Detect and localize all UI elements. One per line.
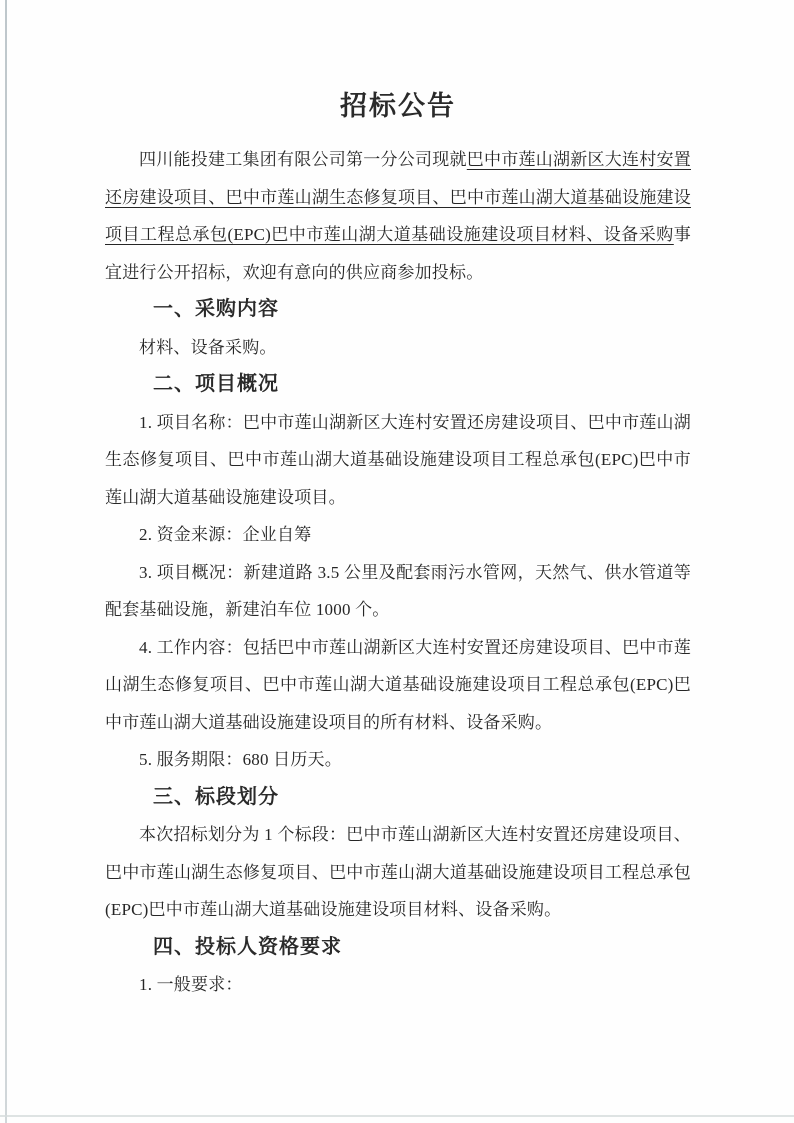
section-heading-bid-sections: 三、标段划分 <box>105 779 691 817</box>
page-scan-edge-bottom <box>0 1115 794 1117</box>
funding-source-paragraph: 2. 资金来源：企业自筹 <box>105 516 691 554</box>
project-overview-paragraph: 3. 项目概况：新建道路 3.5 公里及配套雨污水管网，天然气、供水管道等配套基… <box>105 554 691 629</box>
service-period-paragraph: 5. 服务期限：680 日历天。 <box>105 741 691 779</box>
procurement-content-paragraph: 材料、设备采购。 <box>105 329 691 367</box>
section-heading-bidder-qualifications: 四、投标人资格要求 <box>105 929 691 967</box>
intro-prefix: 四川能投建工集团有限公司第一分公司现就 <box>139 150 467 169</box>
scanned-document-page: 招标公告 四川能投建工集团有限公司第一分公司现就巴中市莲山湖新区大连村安置还房建… <box>0 0 794 1123</box>
document-content: 招标公告 四川能投建工集团有限公司第一分公司现就巴中市莲山湖新区大连村安置还房建… <box>105 86 691 1004</box>
section-heading-procurement-content: 一、采购内容 <box>105 291 691 329</box>
project-name-paragraph: 1. 项目名称：巴中市莲山湖新区大连村安置还房建设项目、巴中市莲山湖生态修复项目… <box>105 404 691 517</box>
general-requirements-paragraph: 1. 一般要求： <box>105 966 691 1004</box>
intro-paragraph: 四川能投建工集团有限公司第一分公司现就巴中市莲山湖新区大连村安置还房建设项目、巴… <box>105 141 691 291</box>
page-scan-edge-left <box>5 0 7 1123</box>
bid-section-division-paragraph: 本次招标划分为 1 个标段：巴中市莲山湖新区大连村安置还房建设项目、巴中市莲山湖… <box>105 816 691 929</box>
section-heading-project-overview: 二、项目概况 <box>105 366 691 404</box>
document-title: 招标公告 <box>105 86 691 126</box>
work-content-paragraph: 4. 工作内容：包括巴中市莲山湖新区大连村安置还房建设项目、巴中市莲山湖生态修复… <box>105 629 691 742</box>
